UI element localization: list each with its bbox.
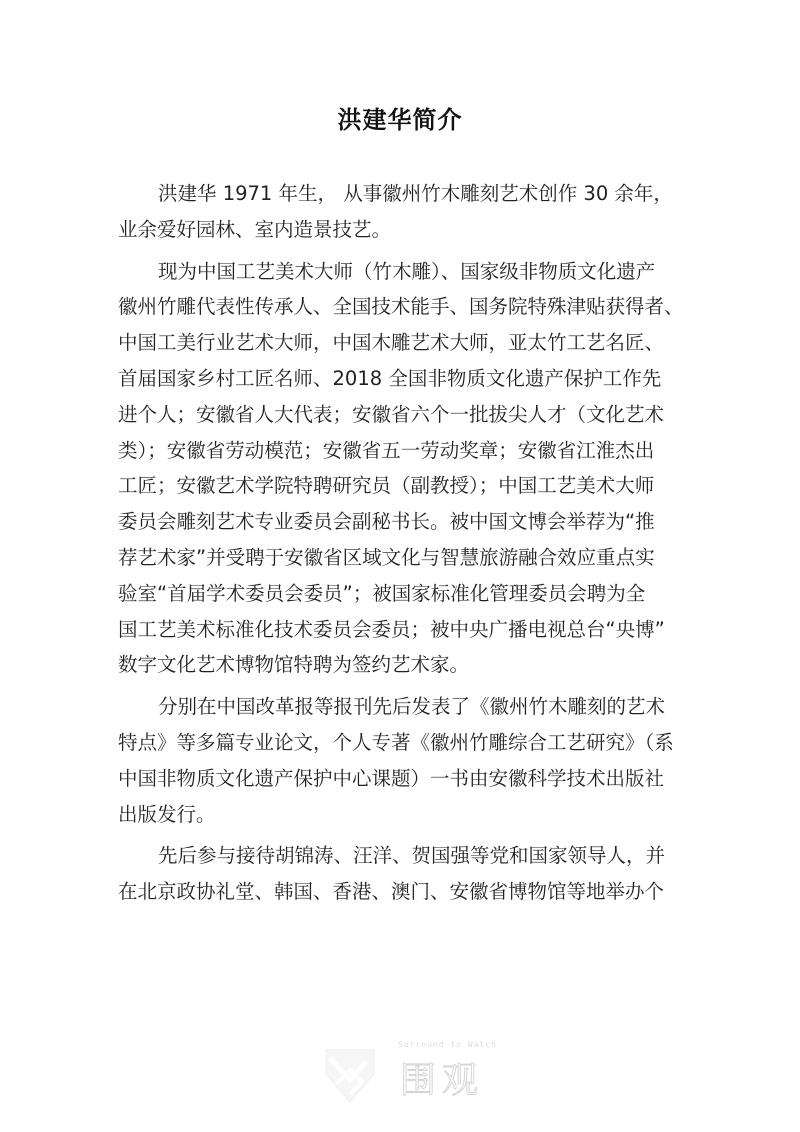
text-line: 中国非物质文化遗产保护中心课题）一书由安徽科学技术出版社 [118, 761, 684, 797]
text-line: 在北京政协礼堂、韩国、香港、澳门、安徽省博物馆等地举办个 [118, 874, 684, 910]
paragraph-2: 现为中国工艺美术大师（竹木雕）、国家级非物质文化遗产 徽州竹雕代表性传承人、全国… [118, 254, 684, 684]
text-line: 出版发行。 [118, 797, 684, 833]
text-line: 徽州竹雕代表性传承人、全国技术能手、国务院特殊津贴获得者、 [118, 289, 684, 325]
text-line: 特点》等多篇专业论文，个人专著《徽州竹雕综合工艺研究》（系 [118, 725, 684, 761]
text-line: 业余爱好园林、室内造景技艺。 [118, 212, 684, 248]
document-page: 洪建华简介 洪建华 1971 年生， 从事徽州竹木雕刻艺术创作 30 余年， 业… [0, 0, 800, 1132]
text-line: 委员会雕刻艺术专业委员会副秘书长。被中国文博会举荐为“推 [118, 504, 684, 540]
shield-logo-icon [320, 1044, 380, 1108]
text-line: 工匠；安徽艺术学院特聘研究员（副教授）；中国工艺美术大师 [118, 468, 684, 504]
text-line: 进个人；安徽省人大代表；安徽省六个一批拔尖人才（文化艺术 [118, 397, 684, 433]
text-line: 荐艺术家”并受聘于安徽省区域文化与智慧旅游融合效应重点实 [118, 540, 684, 576]
paragraph-3: 分别在中国改革报等报刊先后发表了《徽州竹木雕刻的艺术 特点》等多篇专业论文，个人… [118, 689, 684, 832]
text-line: 现为中国工艺美术大师（竹木雕）、国家级非物质文化遗产 [118, 254, 684, 290]
text-line: 验室“首届学术委员会委员”；被国家标准化管理委员会聘为全 [118, 576, 684, 612]
text-line: 分别在中国改革报等报刊先后发表了《徽州竹木雕刻的艺术 [118, 689, 684, 725]
paragraph-4: 先后参与接待胡锦涛、汪洋、贺国强等党和国家领导人，并 在北京政协礼堂、韩国、香港… [118, 838, 684, 910]
watermark: Surround to Watch 围观 [320, 1040, 480, 1110]
text-line: 数字文化艺术博物馆特聘为签约艺术家。 [118, 647, 684, 683]
text-line: 类）；安徽省劳动模范；安徽省五一劳动奖章；安徽省江淮杰出 [118, 433, 684, 469]
watermark-chinese-text: 围观 [400, 1052, 484, 1103]
watermark-english-text: Surround to Watch [398, 1040, 497, 1049]
text-line: 国工艺美术标准化技术委员会委员；被中央广播电视总台“央博” [118, 612, 684, 648]
text-line: 先后参与接待胡锦涛、汪洋、贺国强等党和国家领导人，并 [118, 838, 684, 874]
document-title: 洪建华简介 [0, 100, 800, 135]
paragraph-1: 洪建华 1971 年生， 从事徽州竹木雕刻艺术创作 30 余年， 业余爱好园林、… [118, 176, 684, 248]
text-line: 洪建华 1971 年生， 从事徽州竹木雕刻艺术创作 30 余年， [118, 176, 684, 212]
text-line: 首届国家乡村工匠名师、2018 全国非物质文化遗产保护工作先 [118, 361, 684, 397]
document-body: 洪建华 1971 年生， 从事徽州竹木雕刻艺术创作 30 余年， 业余爱好园林、… [118, 176, 684, 916]
text-line: 中国工美行业艺术大师，中国木雕艺术大师，亚太竹工艺名匠、 [118, 325, 684, 361]
